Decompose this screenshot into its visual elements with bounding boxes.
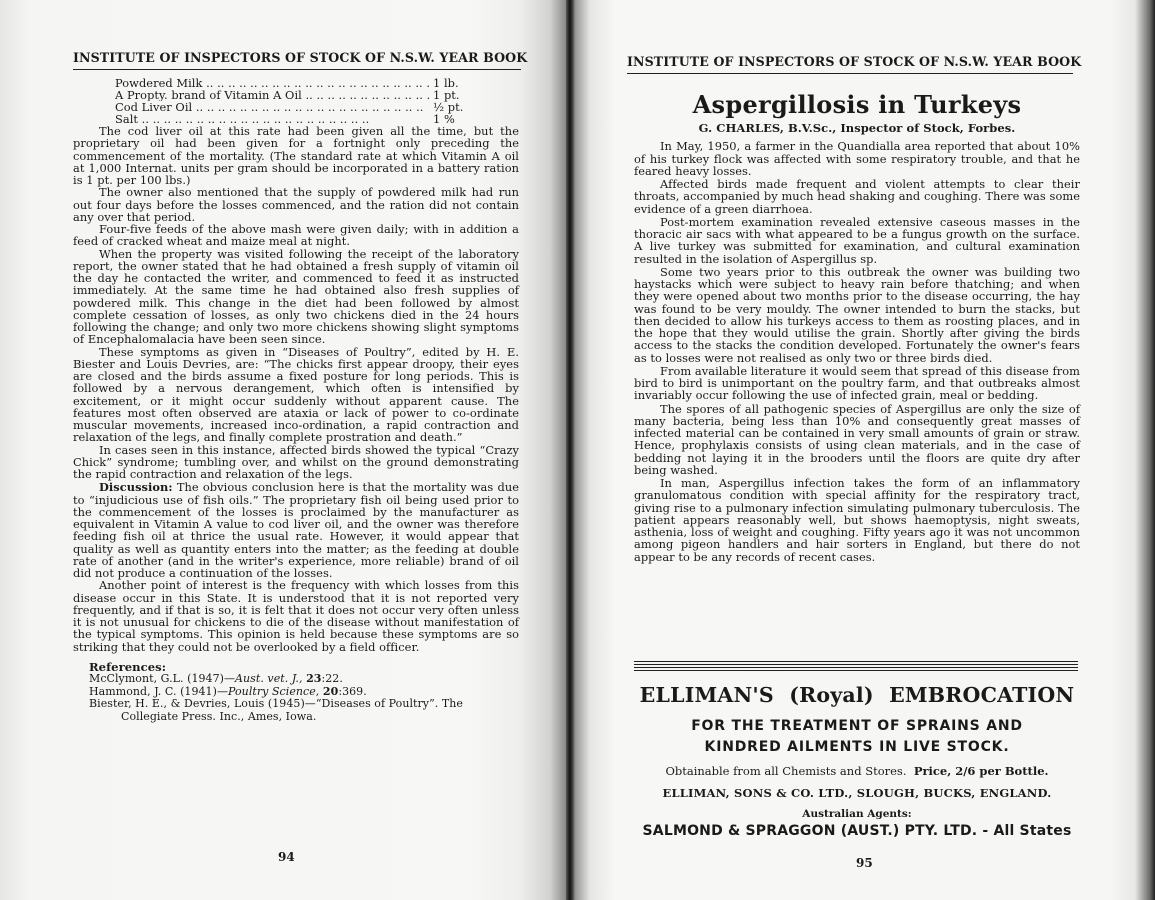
reference-source: Aust. vet. J., — [235, 672, 302, 685]
reference-source: Poultry Science, — [228, 685, 319, 698]
paragraph: Affected birds made frequent and violent… — [634, 178, 1080, 215]
page-number: 95 — [856, 856, 873, 870]
reference-authors: McClymont, G.L. (1947)— — [89, 672, 235, 685]
advert-agents: SALMOND & SPRAGGON (AUST.) PTY. LTD. - A… — [632, 823, 1082, 839]
paragraph: The cod liver oil at this rate had been … — [73, 125, 519, 186]
article-byline: G. CHARLES, B.V.Sc., Inspector of Stock,… — [634, 122, 1080, 134]
book-spread: INSTITUTE OF INSPECTORS OF STOCK OF N.S.… — [0, 0, 1155, 900]
paragraph: The owner also mentioned that the supply… — [73, 186, 519, 223]
discussion-paragraph: Discussion: The obvious conclusion here … — [73, 481, 519, 579]
running-head-right: INSTITUTE OF INSPECTORS OF STOCK OF N.S.… — [627, 54, 1073, 74]
advert-availability: Obtainable from all Chemists and Stores.… — [632, 764, 1082, 778]
references-list: McClymont, G.L. (1947)—Aust. vet. J., 23… — [89, 673, 519, 723]
paragraph: Another point of interest is the frequen… — [73, 579, 519, 653]
ration-row: A Propty. brand of Vitamin A Oil1 pt. — [115, 89, 465, 101]
ration-item: Cod Liver Oil — [115, 101, 429, 113]
discussion-text: The obvious conclusion here is that the … — [73, 480, 519, 580]
reference-pages: :369. — [338, 685, 366, 698]
advert-subline: KINDRED AILMENTS IN LIVE STOCK. — [632, 737, 1082, 758]
paragraph: Some two years prior to this outbreak th… — [634, 266, 1080, 364]
left-page: INSTITUTE OF INSPECTORS OF STOCK OF N.S.… — [0, 0, 570, 900]
ration-row: Powdered Milk1 lb. — [115, 77, 465, 89]
paragraph: In man, Aspergillus infection takes the … — [634, 477, 1080, 563]
paragraph: The spores of all pathogenic species of … — [634, 403, 1080, 477]
decorative-wavy-rule — [634, 660, 1078, 672]
paragraph: In May, 1950, a farmer in the Quandialla… — [634, 140, 1080, 177]
advert-price: Price, 2/6 per Bottle. — [914, 764, 1049, 778]
paragraph: These symptoms as given in “Diseases of … — [73, 346, 519, 444]
advert-headline: ELLIMAN'S (Royal) EMBROCATION — [632, 683, 1082, 707]
running-head-left: INSTITUTE OF INSPECTORS OF STOCK OF N.S.… — [73, 50, 521, 70]
advert-maker: ELLIMAN, SONS & CO. LTD., SLOUGH, BUCKS,… — [632, 786, 1082, 800]
reference-volume: 20 — [323, 685, 338, 698]
book-spine-gutter — [566, 0, 574, 900]
reference-pages: :22. — [322, 672, 343, 685]
left-page-body: Powdered Milk1 lb. A Propty. brand of Vi… — [73, 77, 519, 723]
advert-subheading: FOR THE TREATMENT OF SPRAINS AND KINDRED… — [632, 716, 1082, 758]
article-title: Aspergillosis in Turkeys — [634, 90, 1080, 120]
ration-row: Cod Liver Oil½ pt. — [115, 101, 465, 113]
paragraph: From available literature it would seem … — [634, 365, 1080, 402]
right-page: INSTITUTE OF INSPECTORS OF STOCK OF N.S.… — [570, 0, 1155, 900]
reference-authors: Biester, H. E., & Devries, Louis (1945)—… — [89, 697, 463, 723]
reference-authors: Hammond, J. C. (1941)— — [89, 685, 228, 698]
advert-agents-label: Australian Agents: — [632, 808, 1082, 820]
ration-item: Powdered Milk — [115, 77, 429, 89]
page-number: 94 — [278, 850, 295, 864]
paragraph: Four-five feeds of the above mash were g… — [73, 223, 519, 248]
reference-volume: 23 — [306, 672, 321, 685]
paragraph: Post-mortem examination revealed extensi… — [634, 216, 1080, 265]
ration-item: A Propty. brand of Vitamin A Oil — [115, 89, 429, 101]
advert-subline: FOR THE TREATMENT OF SPRAINS AND — [632, 716, 1082, 737]
reference-item: Biester, H. E., & Devries, Louis (1945)—… — [89, 698, 519, 723]
availability-text: Obtainable from all Chemists and Stores. — [665, 764, 906, 778]
paragraph: In cases seen in this instance, affected… — [73, 444, 519, 481]
ration-list: Powdered Milk1 lb. A Propty. brand of Vi… — [115, 77, 465, 125]
paragraph: When the property was visited following … — [73, 248, 519, 346]
right-page-body: Aspergillosis in Turkeys G. CHARLES, B.V… — [634, 94, 1080, 563]
